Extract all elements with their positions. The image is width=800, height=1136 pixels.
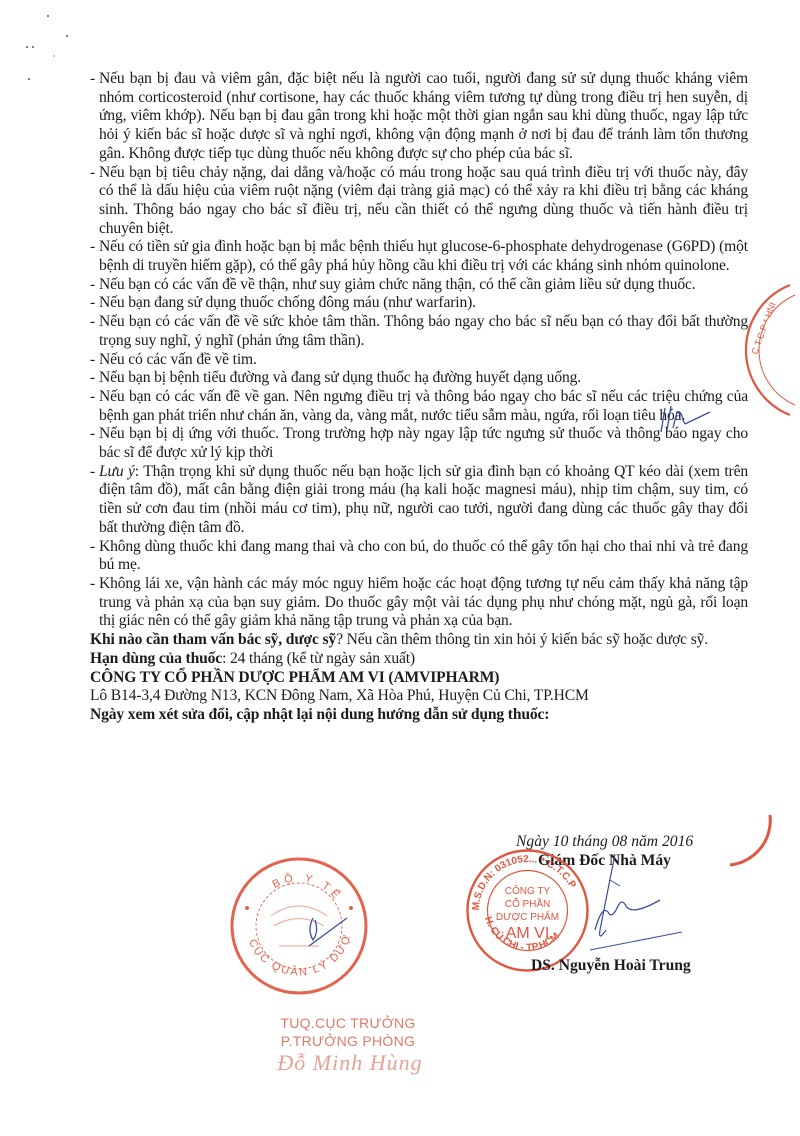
precaution-item: -Không lái xe, vận hành các máy móc nguy… (90, 575, 748, 631)
company-name: CÔNG TY CỔ PHẦN DƯỢC PHẨM AM VI (AMVIPHA… (90, 669, 748, 688)
bullet-dash: - (90, 313, 99, 332)
precaution-item: -Nếu bạn có các vấn đề về thận, như suy … (90, 276, 748, 295)
precaution-text: Nếu bạn bị tiêu chảy nặng, dai dẳng và/h… (99, 164, 748, 237)
precautions-list: -Nếu bạn bị đau và viêm gân, đặc biệt nế… (90, 70, 748, 631)
svg-text:CÔNG TY: CÔNG TY (505, 884, 551, 897)
precaution-text: Nếu bạn bị bệnh tiểu đường và đang sử dụ… (99, 369, 581, 386)
precaution-item: -Nếu bạn bị dị ứng với thuốc. Trong trườ… (90, 425, 748, 462)
consult-paragraph: Khi nào cần tham vấn bác sỹ, dược sỹ? Nế… (90, 631, 748, 650)
precaution-text: Nếu có tiền sử gia đình hoặc bạn bị mắc … (99, 238, 748, 274)
consult-text: ? Nếu cần thêm thông tin xin hỏi ý kiến … (336, 631, 708, 648)
svg-text:C.T.C.P * HNI: C.T.C.P * HNI (749, 301, 777, 356)
precaution-item: -Nếu bạn có các vấn đề về gan. Nên ngưng… (90, 388, 748, 425)
precaution-text: Nếu bạn bị đau và viêm gân, đặc biệt nếu… (99, 70, 748, 162)
document-body: -Nếu bạn bị đau và viêm gân, đặc biệt nế… (90, 70, 748, 725)
bullet-dash: - (90, 294, 99, 313)
precaution-item: -Nếu bạn đang sử dụng thuốc chống đông m… (90, 294, 748, 313)
consult-heading: Khi nào cần tham vấn bác sỹ, dược sỹ (90, 631, 336, 648)
svg-text:DƯỢC PHẨM: DƯỢC PHẨM (496, 910, 559, 923)
precaution-text: Nếu bạn có các vấn đề về sức khỏe tâm th… (99, 313, 748, 349)
precaution-item: -Nếu có tiền sử gia đình hoặc bạn bị mắc… (90, 238, 748, 275)
precaution-item: -Nếu có các vấn đề về tim. (90, 351, 748, 370)
svg-text:CỔ PHẦN: CỔ PHẦN (505, 897, 551, 910)
bullet-dash: - (90, 70, 99, 89)
shelf-life-label: Hạn dùng của thuốc (90, 650, 222, 667)
bullet-dash: - (90, 388, 99, 407)
precaution-text: Nếu bạn có các vấn đề về thận, như suy g… (99, 276, 696, 293)
precaution-text: Nếu có các vấn đề về tim. (99, 351, 257, 368)
document-page: -Nếu bạn bị đau và viêm gân, đặc biệt nế… (0, 0, 800, 1136)
precaution-item: -Nếu bạn bị bệnh tiểu đường và đang sử d… (90, 369, 748, 388)
svg-text:CỤC QUẢN LÝ DƯỢC: CỤC QUẢN LÝ DƯỢC (224, 847, 354, 979)
official-caption-line2: P.TRƯỞNG PHÒNG (248, 1032, 448, 1050)
margin-stamp-lower (720, 815, 780, 875)
official-caption-line1: TUQ.CỤC TRƯỞNG (248, 1014, 448, 1032)
shelf-life-text: : 24 tháng (kể từ ngày sản xuất) (222, 650, 415, 667)
precaution-label: Lưu ý (99, 463, 135, 480)
bullet-dash: - (90, 575, 99, 594)
bullet-dash: - (90, 425, 99, 444)
bullet-dash: - (90, 369, 99, 388)
bullet-dash: - (90, 164, 99, 183)
bullet-dash: - (90, 538, 99, 557)
precaution-text: Nếu bạn đang sử dụng thuốc chống đông má… (99, 294, 476, 311)
precaution-item: -Không dùng thuốc khi đang mang thai và … (90, 538, 748, 575)
precaution-item: -Nếu bạn bị tiêu chảy nặng, dai dẳng và/… (90, 164, 748, 239)
precaution-text: Nếu bạn có các vấn đề về gan. Nên ngưng … (99, 388, 748, 424)
official-caption: TUQ.CỤC TRƯỞNG P.TRƯỞNG PHÒNG (248, 1014, 448, 1050)
svg-text:AM VI: AM VI (506, 925, 550, 942)
bullet-dash: - (90, 238, 99, 257)
precaution-item: -Lưu ý: Thận trọng khi sử dụng thuốc nếu… (90, 463, 748, 538)
bullet-dash: - (90, 463, 99, 482)
director-signature (570, 850, 690, 960)
precaution-item: -Nếu bạn bị đau và viêm gân, đặc biệt nế… (90, 70, 748, 164)
initials-signature (655, 400, 725, 440)
precaution-text: Không lái xe, vận hành các máy móc nguy … (99, 575, 748, 629)
precaution-text: Nếu bạn bị dị ứng với thuốc. Trong trườn… (99, 425, 748, 461)
precaution-text: Không dùng thuốc khi đang mang thai và c… (99, 538, 748, 574)
director-name: DS. Nguyễn Hoài Trung (531, 957, 691, 975)
revision-heading: Ngày xem xét sửa đổi, cập nhật lại nội d… (90, 706, 748, 725)
bullet-dash: - (90, 276, 99, 295)
bullet-dash: - (90, 351, 99, 370)
precaution-item: -Nếu bạn có các vấn đề về sức khỏe tâm t… (90, 313, 748, 350)
official-signature-name: Đỗ Minh Hùng (250, 1050, 450, 1076)
precaution-text: : Thận trọng khi sử dụng thuốc nếu bạn h… (99, 463, 748, 536)
svg-text:BỘ Y TẾ: BỘ Y TẾ (271, 871, 345, 904)
official-stamp: BỘ Y TẾ CỤC QUẢN LÝ DƯỢC (229, 856, 369, 996)
company-address: Lô B14-3,4 Đường N13, KCN Đông Nam, Xã H… (90, 687, 748, 706)
margin-stamp: C.T.C.P * HNI (735, 285, 800, 415)
shelf-life: Hạn dùng của thuốc: 24 tháng (kể từ ngày… (90, 650, 748, 669)
